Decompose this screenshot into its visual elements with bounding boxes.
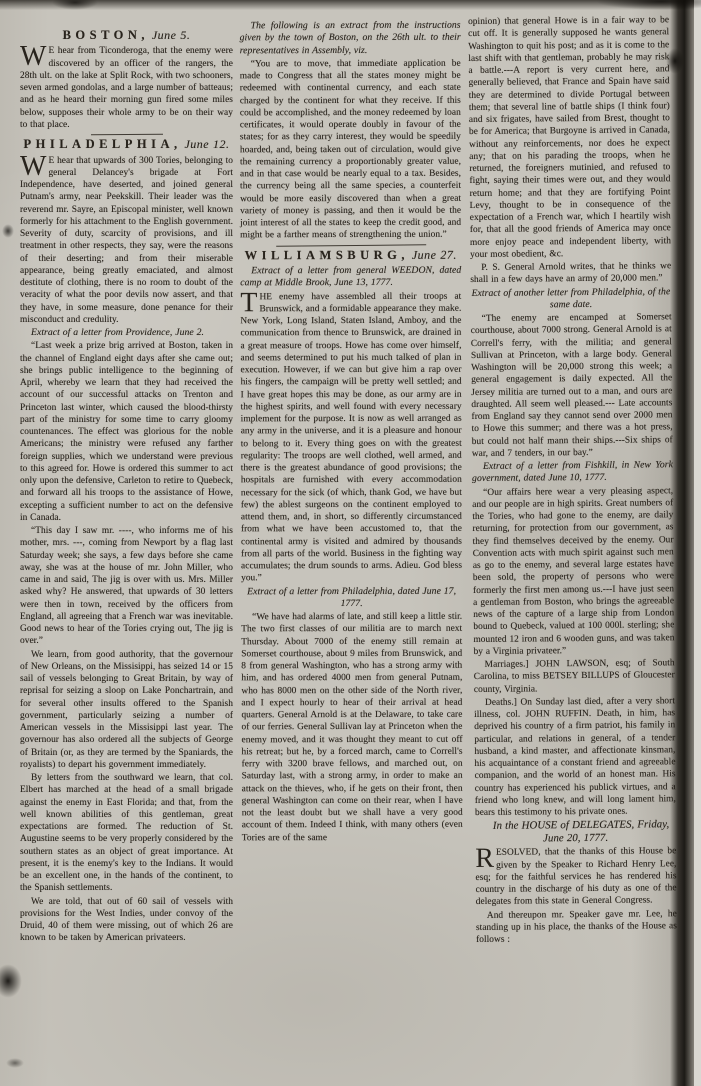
paragraph-text: In the HOUSE of DELEGATES, Friday, June … xyxy=(493,819,669,845)
drop-cap: R xyxy=(475,847,496,870)
ink-speck xyxy=(6,1058,24,1068)
paragraph-text: Extract of a letter from Philadelphia, d… xyxy=(247,585,456,609)
paragraph-text: P. S. General Arnold writes, that he thi… xyxy=(470,261,671,285)
paragraph-text: And thereupon mr. Speaker gave mr. Lee, … xyxy=(476,909,677,945)
newspaper-page: BOSTON, June 5.WE hear from Ticonderoga,… xyxy=(0,0,701,1086)
paragraph-text: Marriages.] JOHN LAWSON, esq; of South C… xyxy=(474,658,675,694)
article-paragraph: By letters from the southward we learn, … xyxy=(20,772,233,895)
drop-cap: T xyxy=(240,291,259,314)
article-paragraph: “Last week a prize brig arrived at Bosto… xyxy=(20,340,233,524)
article-paragraph: “This day I saw mr. ----, who informs me… xyxy=(20,525,233,648)
article-paragraph: RESOLVED, that the thanks of this House … xyxy=(475,845,677,908)
dateline-date: June 5. xyxy=(152,28,191,42)
paragraph-text: “Our affairs here wear a very pleasing a… xyxy=(472,486,674,657)
scan-right-edge-shadow xyxy=(670,0,695,1086)
news-column-left: BOSTON, June 5.WE hear from Ticonderoga,… xyxy=(20,26,233,1078)
scan-smudge xyxy=(666,48,684,74)
paragraph-text: “You are to move, that immediate applica… xyxy=(240,58,461,240)
article-divider-rule xyxy=(90,134,162,136)
article-paragraph: WE hear from Ticonderoga, that the enemy… xyxy=(20,45,233,131)
article-paragraph: “The enemy are encamped at Somerset cour… xyxy=(471,311,673,460)
paragraph-text: opinion) that general Howe is in a fair … xyxy=(468,15,671,259)
news-column-middle: The following is an extract from the ins… xyxy=(240,20,464,1081)
letter-heading: Extract of a letter from Philadelphia, d… xyxy=(241,585,462,610)
letter-heading: The following is an extract from the ins… xyxy=(240,20,461,57)
paragraph-text: We learn, from good authority, that the … xyxy=(20,650,233,770)
paragraph-text: HE enemy have assembled all their troops… xyxy=(240,291,462,583)
ink-speck xyxy=(2,224,14,238)
paragraph-text: By letters from the southward we learn, … xyxy=(20,773,233,893)
article-paragraph: We learn, from good authority, that the … xyxy=(20,649,233,772)
article-dateline: WILLIAMSBURG, June 27. xyxy=(240,249,461,264)
paragraph-text: Deaths.] On Sunday last died, after a ve… xyxy=(474,696,676,818)
article-paragraph: And thereupon mr. Speaker gave mr. Lee, … xyxy=(476,908,677,947)
article-paragraph: “We have had alarms of late, and still k… xyxy=(241,611,463,844)
dateline-city: PHILADELPHIA, xyxy=(23,137,181,151)
article-paragraph: “Our affairs here wear a very pleasing a… xyxy=(472,485,674,658)
article-dateline: PHILADELPHIA, June 12. xyxy=(20,138,233,152)
paragraph-text: We are told, that out of 60 sail of vess… xyxy=(20,897,233,944)
paragraph-text: The following is an extract from the ins… xyxy=(240,20,461,56)
article-paragraph: P. S. General Arnold writes, that he thi… xyxy=(470,260,671,286)
article-paragraph: We are told, that out of 60 sail of vess… xyxy=(20,896,233,945)
article-paragraph: opinion) that general Howe is in a fair … xyxy=(468,14,671,261)
paragraph-text: E hear from Ticonderoga, that the enemy … xyxy=(20,46,233,130)
scan-right-page-margin xyxy=(694,0,701,1086)
paragraph-text: “Last week a prize brig arrived at Bosto… xyxy=(20,341,233,523)
article-paragraph: WE hear that upwards of 300 Tories, belo… xyxy=(20,155,233,327)
article-divider-rule xyxy=(276,244,426,247)
letter-heading: Extract of another letter from Philadelp… xyxy=(470,286,671,312)
ink-blot xyxy=(0,964,22,998)
dateline-city: BOSTON, xyxy=(63,28,150,42)
letter-heading: Extract of a letter from Fishkill, in Ne… xyxy=(472,459,673,485)
drop-cap: W xyxy=(20,45,48,68)
article-paragraph: Deaths.] On Sunday last died, after a ve… xyxy=(474,695,676,819)
paragraph-text: “This day I saw mr. ----, who informs me… xyxy=(20,526,233,646)
section-heading: In the HOUSE of DELEGATES, Friday, June … xyxy=(475,818,676,846)
article-paragraph: THE enemy have assembled all their troop… xyxy=(240,290,462,585)
dateline-city: WILLIAMSBURG, xyxy=(245,248,409,262)
paragraph-text: ESOLVED, that the thanks of this House b… xyxy=(475,846,676,907)
article-paragraph: Marriages.] JOHN LAWSON, esq; of South C… xyxy=(474,657,675,696)
news-column-right: opinion) that general Howe is in a fair … xyxy=(468,14,678,1080)
paragraph-text: “We have had alarms of late, and still k… xyxy=(241,612,463,843)
drop-cap: W xyxy=(20,155,48,178)
scan-smudge xyxy=(596,0,701,10)
dateline-date: June 12. xyxy=(184,137,229,151)
letter-heading: Extract of a letter from general WEEDON,… xyxy=(240,265,461,290)
dateline-date: June 27. xyxy=(412,248,457,262)
article-paragraph: “You are to move, that immediate applica… xyxy=(240,57,461,241)
article-dateline: BOSTON, June 5. xyxy=(20,29,233,43)
paragraph-text: Extract of a letter from general WEEDON,… xyxy=(240,265,461,289)
paragraph-text: Extract of a letter from Fishkill, in Ne… xyxy=(472,459,673,484)
scan-smudge xyxy=(52,0,98,10)
paragraph-text: Extract of another letter from Philadelp… xyxy=(472,286,671,310)
paragraph-text: E hear that upwards of 300 Tories, belon… xyxy=(20,156,233,325)
paragraph-text: “The enemy are encamped at Somerset cour… xyxy=(471,312,673,458)
letter-heading: Extract of a letter from Providence, Jun… xyxy=(20,327,233,339)
paragraph-text: Extract of a letter from Providence, Jun… xyxy=(31,327,204,338)
